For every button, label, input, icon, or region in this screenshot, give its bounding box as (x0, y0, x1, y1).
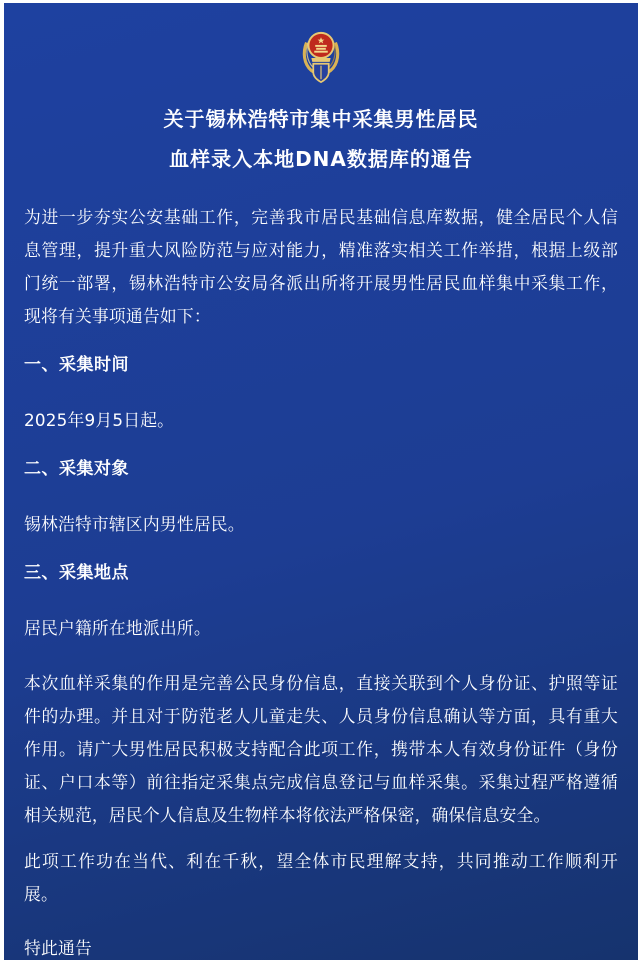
purpose-paragraph: 本次血样采集的作用是完善公民身份信息，直接关联到个人身份证、护照等证件的办理。并… (24, 667, 618, 832)
signoff: 特此通告 (24, 932, 618, 960)
section-2-content: 锡林浩特市辖区内男性居民。 (24, 508, 618, 541)
section-1-content: 2025年9月5日起。 (24, 404, 618, 437)
section-2-heading: 二、采集对象 (24, 453, 618, 486)
notice-page: 关于锡林浩特市集中采集男性居民 血样录入本地DNA数据库的通告 为进一步夯实公安… (0, 0, 640, 960)
title-line-2: 血样录入本地DNA数据库的通告 (24, 139, 618, 179)
intro-paragraph: 为进一步夯实公安基础工作，完善我市居民基础信息库数据，健全居民个人信息管理，提升… (24, 201, 618, 333)
section-3-heading: 三、采集地点 (24, 557, 618, 590)
notice-title: 关于锡林浩特市集中采集男性居民 血样录入本地DNA数据库的通告 (24, 99, 618, 179)
closing-paragraph: 此项工作功在当代、利在千秋，望全体市民理解支持，共同推动工作顺利开展。 (24, 845, 618, 911)
section-1-heading: 一、采集时间 (24, 349, 618, 382)
emblem (24, 29, 618, 85)
police-badge-icon (299, 29, 343, 85)
notice-sheet: 关于锡林浩特市集中采集男性居民 血样录入本地DNA数据库的通告 为进一步夯实公安… (4, 3, 638, 960)
section-3-content: 居民户籍所在地派出所。 (24, 612, 618, 645)
title-line-1: 关于锡林浩特市集中采集男性居民 (24, 99, 618, 139)
